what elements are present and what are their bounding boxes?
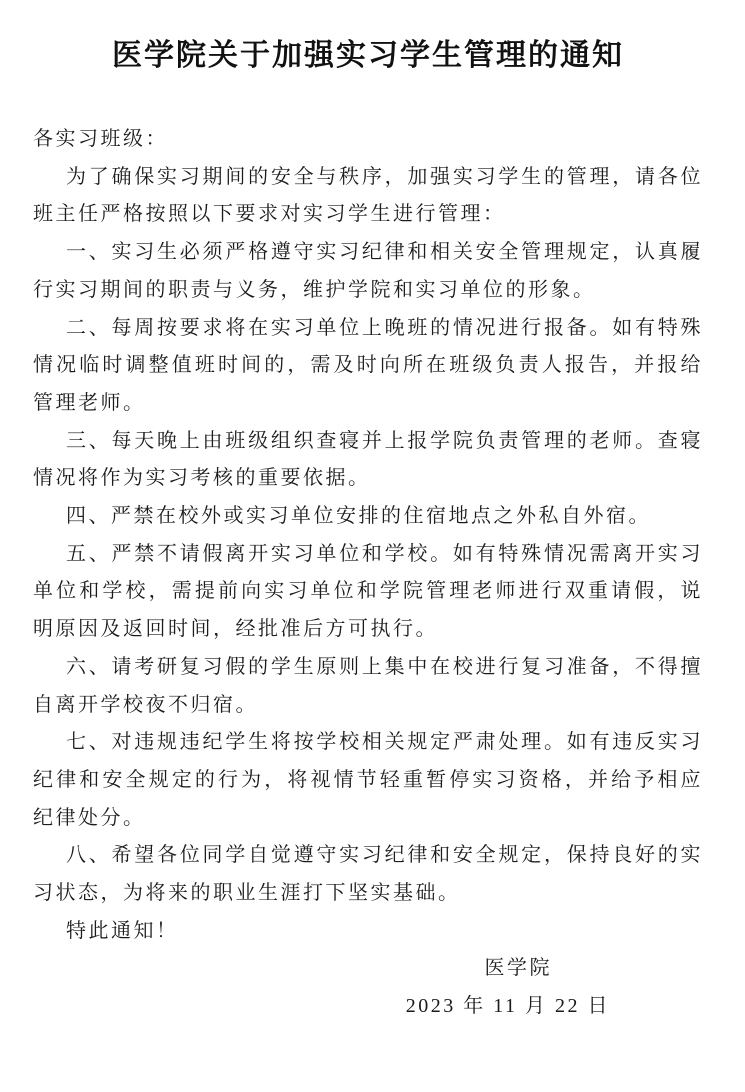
item-6: 六、请考研复习假的学生原则上集中在校进行复习准备，不得擅自离开学校夜不归宿。 (33, 649, 703, 724)
item-8: 八、希望各位同学自觉遵守实习纪律和安全规定，保持良好的实习状态，为将来的职业生涯… (33, 837, 703, 912)
item-2: 二、每周按要求将在实习单位上晚班的情况进行报备。如有特殊情况临时调整值班时间的，… (33, 310, 703, 423)
item-4: 四、严禁在校外或实习单位安排的住宿地点之外私自外宿。 (33, 498, 703, 536)
date-line: 2023 年 11 月 22 日 (33, 988, 703, 1026)
item-1: 一、实习生必须严格遵守实习纪律和相关安全管理规定，认真履行实习期间的职责与义务，… (33, 234, 703, 309)
item-3: 三、每天晚上由班级组织查寝并上报学院负责管理的老师。查寝情况将作为实习考核的重要… (33, 423, 703, 498)
signature: 医学院 (33, 950, 703, 988)
intro-paragraph: 为了确保实习期间的安全与秩序，加强实习学生的管理，请各位班主任严格按照以下要求对… (33, 159, 703, 234)
notice-document: 医学院关于加强实习学生管理的通知 各实习班级： 为了确保实习期间的安全与秩序，加… (0, 0, 745, 1092)
document-title: 医学院关于加强实习学生管理的通知 (33, 34, 703, 78)
closing-line: 特此通知！ (33, 913, 703, 951)
item-7: 七、对违规违纪学生将按学校相关规定严肃处理。如有违反实习纪律和安全规定的行为，将… (33, 724, 703, 837)
item-5: 五、严禁不请假离开实习单位和学校。如有特殊情况需离开实习单位和学校，需提前向实习… (33, 536, 703, 649)
salutation: 各实习班级： (33, 121, 703, 159)
document-body: 各实习班级： 为了确保实习期间的安全与秩序，加强实习学生的管理，请各位班主任严格… (33, 121, 703, 1026)
